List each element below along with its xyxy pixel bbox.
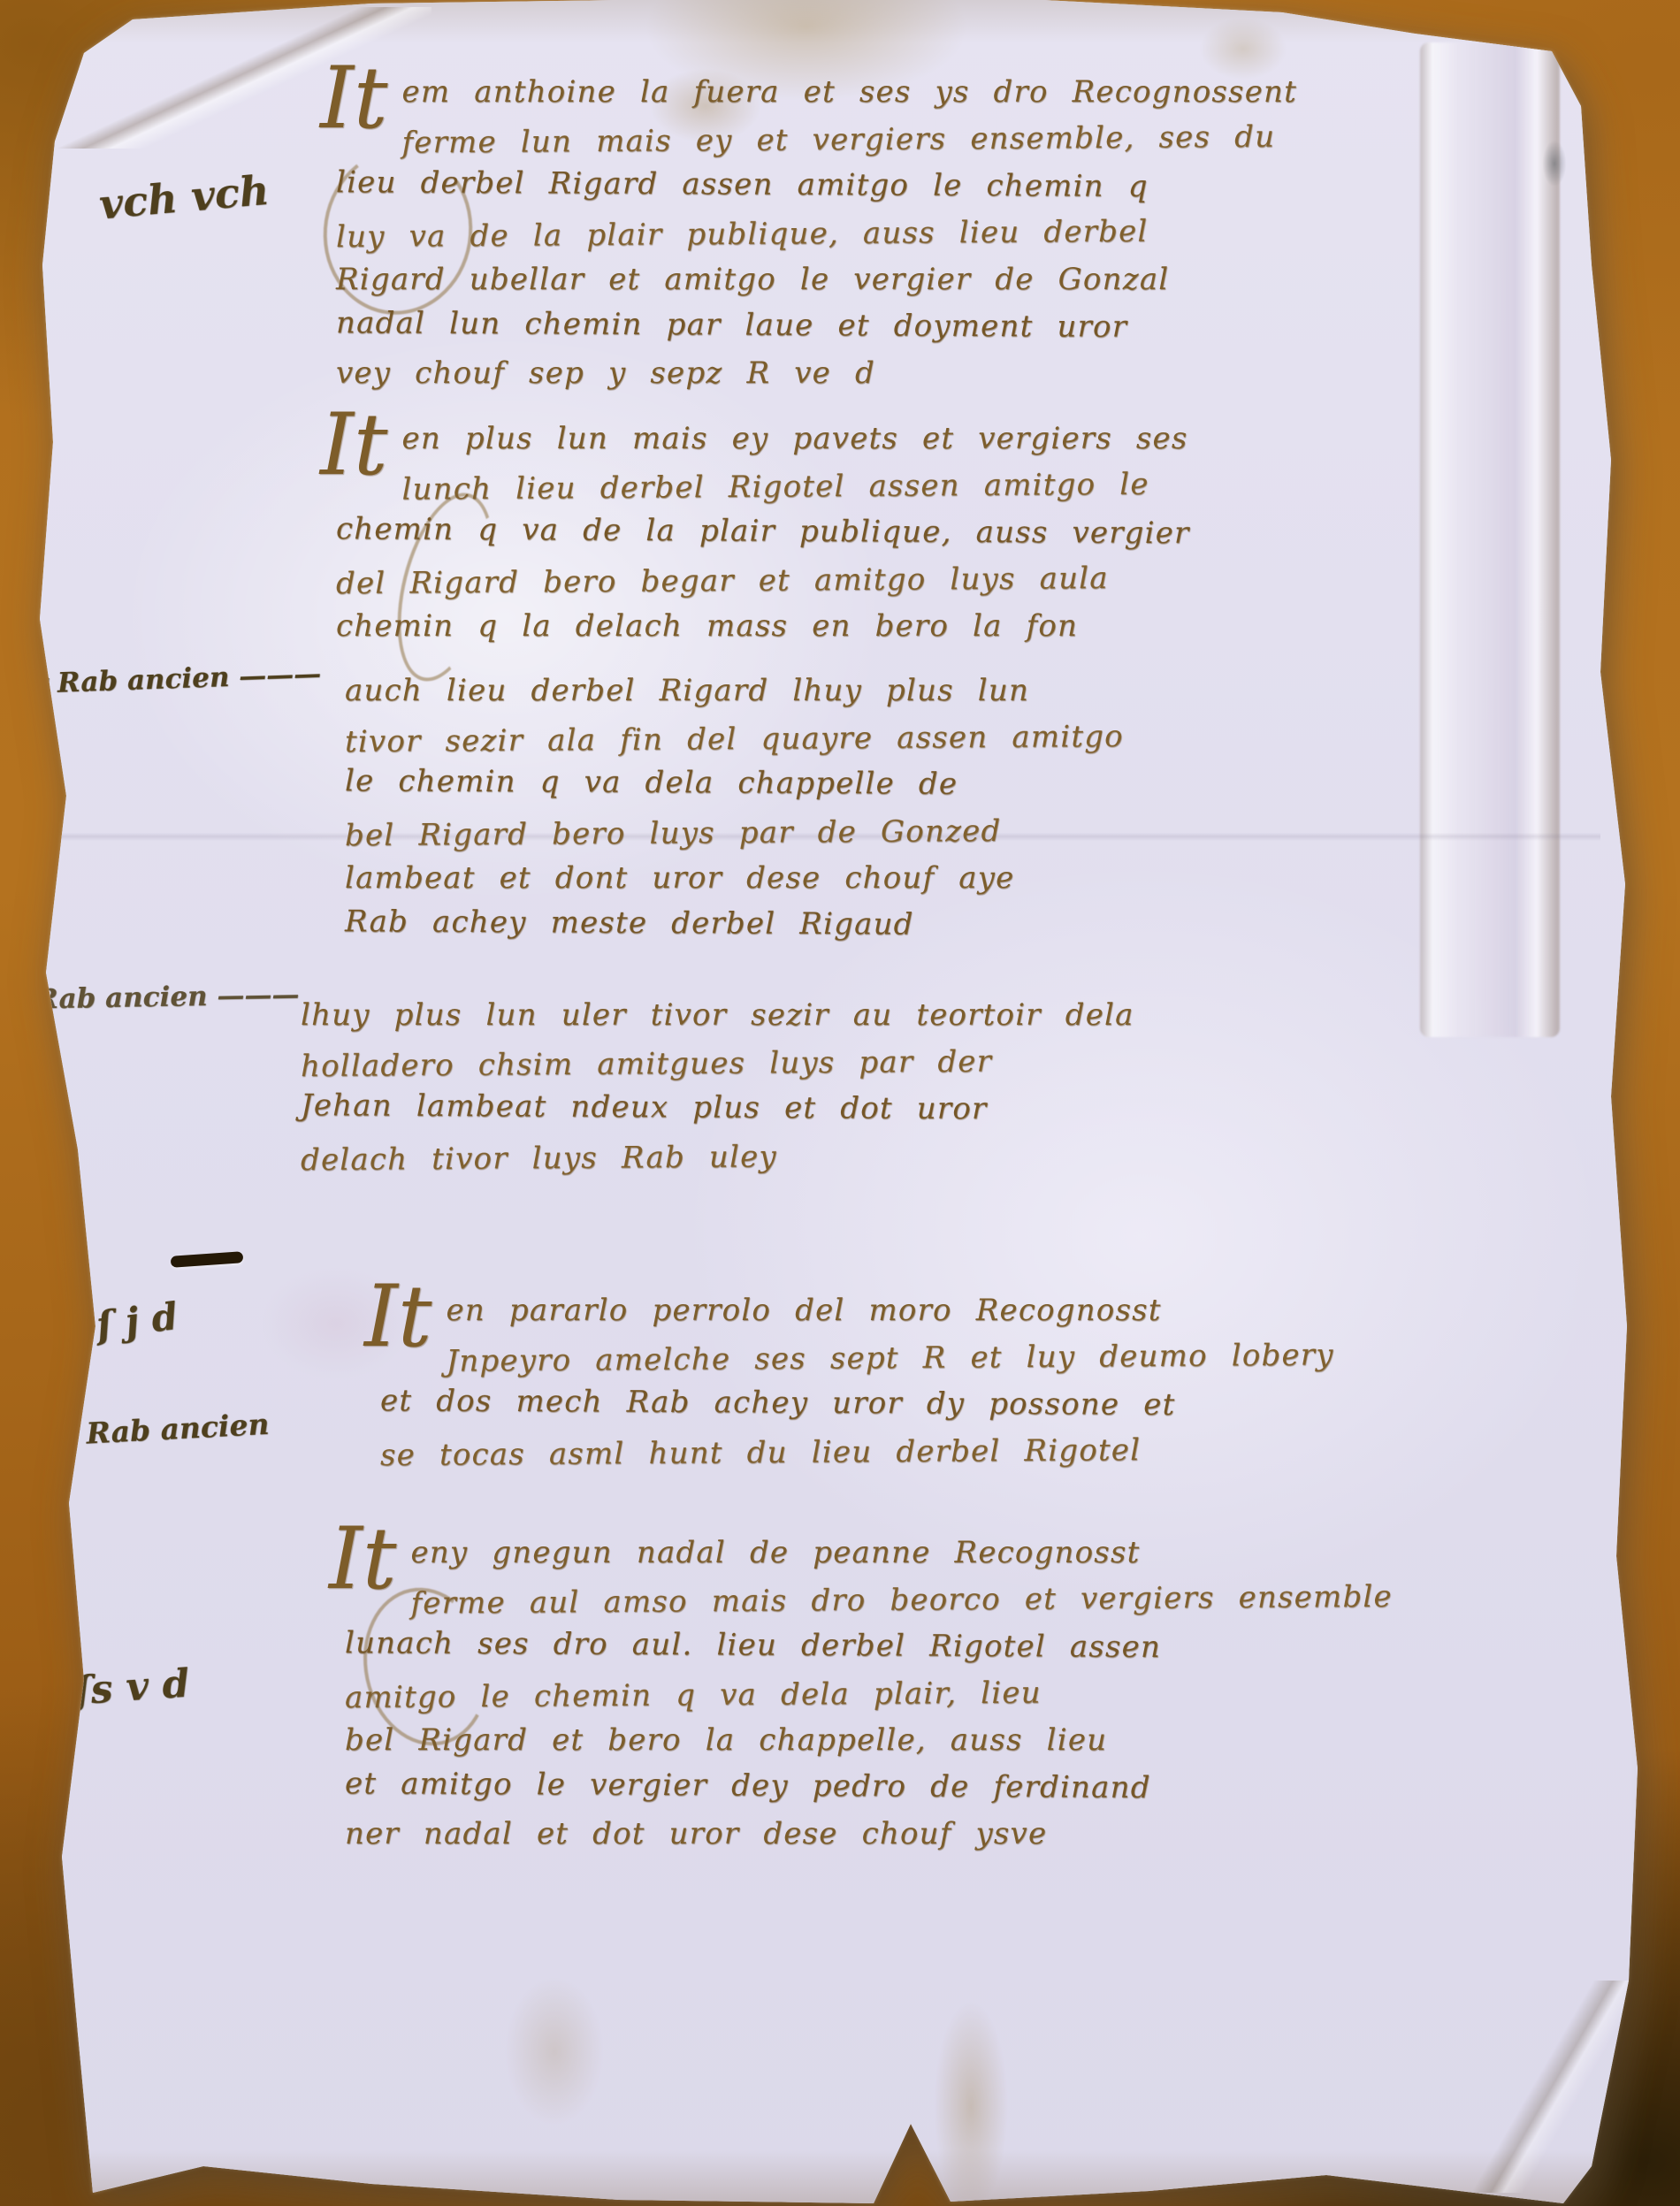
handwritten-line: le chemin q va dela chappelle de <box>345 758 1636 812</box>
handwritten-line: Jnpeyro amelche ses sept R et luy deumo … <box>380 1330 1671 1385</box>
handwritten-line: en pararlo perrolo del moro Recognosst <box>380 1287 1671 1334</box>
handwritten-line: ferme aul amso mais dro beorco et vergie… <box>345 1572 1636 1628</box>
handwritten-line: lhuy plus lun uler tivor sezir au teorto… <box>301 992 1592 1039</box>
handwritten-line: chemin q la delach mass en bero la fon <box>336 603 1627 650</box>
handwritten-line: en plus lun mais ey pavets et vergiers s… <box>336 416 1627 462</box>
handwritten-line: lunach ses dro aul. lieu derbel Rigotel … <box>345 1620 1636 1674</box>
paragraph-3: auch lieu derbel Rigard lhuy plus lun ti… <box>345 668 1636 949</box>
handwritten-line: ferme lun mais ey et vergiers ensemble, … <box>336 111 1627 167</box>
margin-annotation: xve Rab ancien <box>22 1407 270 1454</box>
left-edge-tear-slit <box>171 1251 244 1268</box>
handwritten-line: Rigard ubellar et amitgo le vergier de G… <box>336 256 1627 303</box>
photograph-of-manuscript: vch vch y Rab ancien ——— j Rab ancien ——… <box>0 0 1680 2206</box>
handwritten-line: lunch lieu derbel Rigotel assen amitgo l… <box>336 458 1627 514</box>
bottom-right-crease <box>1450 1981 1653 2193</box>
paragraph-1: It em anthoine la fuera et ses ys dro Re… <box>336 69 1627 397</box>
margin-annotation: j Rab ancien ——— <box>16 979 300 1016</box>
handwritten-line: em anthoine la fuera et ses ys dro Recog… <box>336 69 1627 116</box>
handwritten-line: et dos mech Rab achey uror dy possone et <box>380 1378 1671 1431</box>
handwritten-line: Rab achey meste derbel Rigaud <box>345 898 1636 952</box>
handwritten-line: holladero chsim amitgues luys par der <box>301 1034 1592 1090</box>
handwritten-line: chemin q va de la plair publique, auss v… <box>336 506 1627 560</box>
handwritten-line: eny gnegun nadal de peanne Recognosst <box>345 1530 1636 1576</box>
margin-annotation: y Rab ancien ——— <box>31 658 321 699</box>
handwritten-line: vey chouf sep y sepz R ve d <box>336 350 1627 397</box>
handwritten-line: lambeat et dont uror dese chouf aye <box>345 855 1636 902</box>
handwritten-line: bel Rigard et bero la chappelle, auss li… <box>345 1717 1636 1764</box>
paragraph-4: lhuy plus lun uler tivor sezir au teorto… <box>301 992 1592 1179</box>
paragraph-5: It en pararlo perrolo del moro Recognoss… <box>380 1287 1671 1475</box>
handwritten-line: amitgo le chemin q va dela plair, lieu <box>345 1666 1636 1721</box>
handwritten-line: ner nadal et dot uror dese chouf ysve <box>345 1811 1636 1858</box>
handwritten-line: se tocas asml hunt du lieu derbel Rigote… <box>380 1424 1671 1479</box>
margin-amount-mark: xvj ſ j d <box>25 1294 180 1355</box>
handwritten-line: luy va de la plair publique, auss lieu d… <box>336 205 1627 261</box>
handwritten-line: et amitgo le vergier dey pedro de ferdin… <box>345 1760 1636 1814</box>
manuscript-page: vch vch y Rab ancien ——— j Rab ancien ——… <box>0 0 1680 2206</box>
margin-amount-mark: vch vch <box>97 166 271 229</box>
handwritten-line: auch lieu derbel Rigard lhuy plus lun <box>345 668 1636 714</box>
paper-shadow-wrap: vch vch y Rab ancien ——— j Rab ancien ——… <box>0 0 1680 2206</box>
margin-amount-mark: vſs v d <box>50 1661 190 1716</box>
handwritten-line: delach tivor luys Rab uley <box>301 1128 1592 1184</box>
handwritten-line: bel Rigard bero luys par de Gonzed <box>345 804 1636 859</box>
handwritten-line: del Rigard bero begar et amitgo luys aul… <box>336 552 1627 607</box>
paragraph-2: It en plus lun mais ey pavets et vergier… <box>336 416 1627 650</box>
handwritten-line: tivor sezir ala fin del quayre assen ami… <box>345 710 1636 766</box>
handwritten-line: Jehan lambeat ndeux plus et dot uror <box>301 1082 1592 1136</box>
paragraph-6: It eny gnegun nadal de peanne Recognosst… <box>345 1530 1636 1858</box>
handwritten-line: nadal lun chemin par laue et doyment uro… <box>336 300 1627 354</box>
handwritten-line: lieu derbel Rigard assen amitgo le chemi… <box>336 159 1627 213</box>
